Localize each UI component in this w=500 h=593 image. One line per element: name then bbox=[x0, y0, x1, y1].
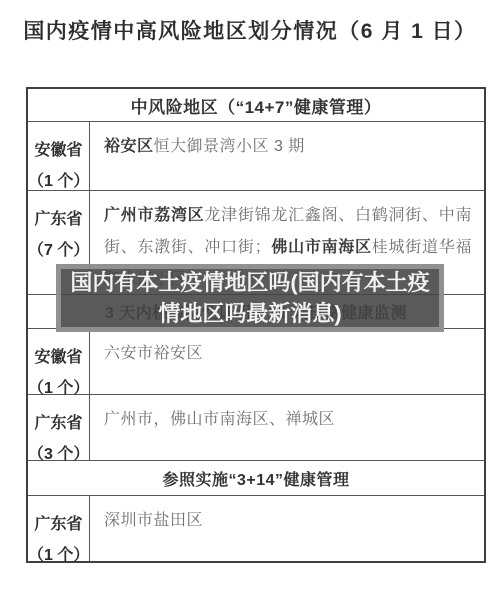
watermark-caption-text: 国内有本土疫情地区吗(国内有本土疫情地区吗最新消息) bbox=[66, 267, 434, 329]
province-name: 广东省 bbox=[28, 509, 89, 540]
area-detail-bold: 佛山市南海区 bbox=[271, 239, 372, 256]
table-row: 安徽省 （1 个） 裕安区恒大御景湾小区 3 期 bbox=[28, 122, 484, 191]
watermark-caption-overlay: 国内有本土疫情地区吗(国内有本土疫情地区吗最新消息) bbox=[56, 264, 444, 332]
area-detail-text: 广州市，佛山市南海区、禅城区 bbox=[104, 411, 335, 428]
area-detail-cell: 裕安区恒大御景湾小区 3 期 bbox=[90, 122, 484, 190]
area-detail-cell: 深圳市盐田区 bbox=[90, 496, 484, 561]
province-cell: 广东省 （3 个） bbox=[28, 395, 90, 460]
area-detail-bold: 裕安区 bbox=[104, 138, 154, 155]
area-detail-text: 深圳市盐田区 bbox=[104, 512, 203, 529]
area-detail-cell: 广州市，佛山市南海区、禅城区 bbox=[90, 395, 484, 460]
area-detail-text: 恒大御景湾小区 3 期 bbox=[154, 138, 305, 155]
province-name: 广东省 bbox=[28, 204, 89, 235]
province-cell: 广东省 （1 个） bbox=[28, 496, 90, 561]
province-name: 安徽省 bbox=[28, 135, 89, 166]
table-row: 广东省 （1 个） 深圳市盐田区 bbox=[28, 496, 484, 561]
section-header-ref-3-14: 参照实施“3+14”健康管理 bbox=[28, 461, 484, 496]
area-detail-cell: 六安市裕安区 bbox=[90, 329, 484, 394]
province-count: （3 个） bbox=[28, 439, 89, 470]
province-name: 安徽省 bbox=[28, 342, 89, 373]
area-detail-text: 六安市裕安区 bbox=[104, 345, 203, 362]
table-row: 安徽省 （1 个） 六安市裕安区 bbox=[28, 329, 484, 395]
province-name: 广东省 bbox=[28, 408, 89, 439]
province-count: （1 个） bbox=[28, 540, 89, 571]
province-cell: 安徽省 （1 个） bbox=[28, 329, 90, 394]
area-detail-bold: 广州市荔湾区 bbox=[104, 207, 204, 224]
province-cell: 安徽省 （1 个） bbox=[28, 122, 90, 190]
province-count: （7 个） bbox=[28, 235, 89, 266]
page-title: 国内疫情中高风险地区划分情况（6 月 1 日） bbox=[0, 15, 500, 45]
section-header-medium-risk: 中风险地区（“14+7”健康管理） bbox=[28, 89, 484, 122]
table-row: 广东省 （3 个） 广州市，佛山市南海区、禅城区 bbox=[28, 395, 484, 461]
